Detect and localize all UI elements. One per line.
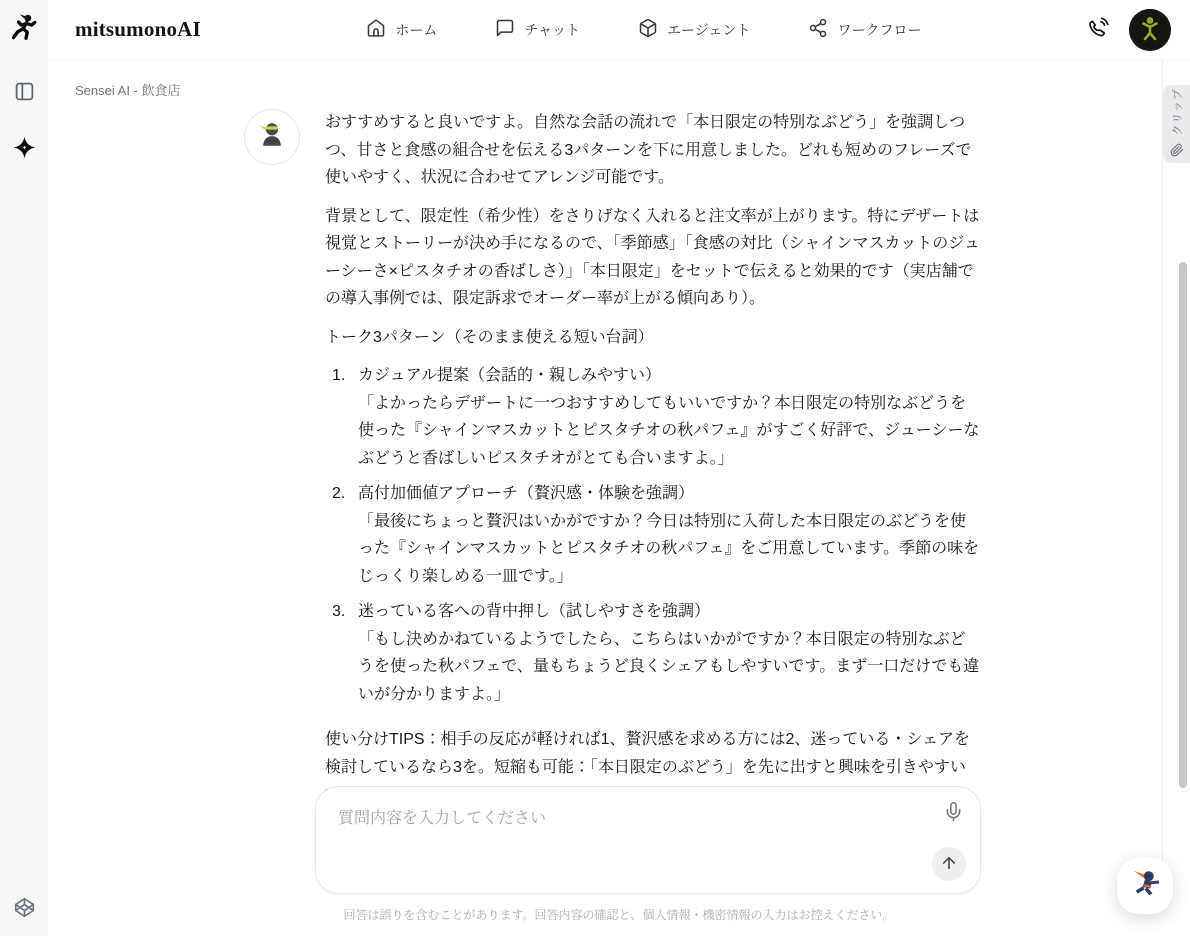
list-item-content: カジュアル提案（会話的・親しみやすい） 「よかったらデザートに一つおすすめしても…: [358, 362, 981, 472]
list-item-quote: 「もし決めかねているようでしたら、こちらはいかがですか？本日限定の特別なぶどうを…: [358, 626, 981, 709]
fab-ninja-icon: [1125, 865, 1165, 908]
workflow-icon: [808, 18, 828, 41]
arrow-up-icon: [940, 854, 958, 875]
list-item-number: 1.: [325, 362, 358, 472]
nav-label: チャット: [524, 20, 580, 40]
talk-patterns-list: 1. カジュアル提案（会話的・親しみやすい） 「よかったらデザートに一つおすすめ…: [325, 362, 981, 708]
brand-name: mitsumonoAI: [75, 17, 201, 42]
main-nav: ホーム チャット エージェント: [201, 18, 1087, 41]
panel-toggle-icon: [14, 81, 35, 105]
voice-call-button[interactable]: [1087, 17, 1109, 42]
brand-logo: [0, 0, 48, 60]
talk-patterns-title: トーク3パターン（そのまま使える短い台詞）: [325, 324, 981, 352]
agent-label: Sensei AI - 飲食店: [75, 80, 1190, 99]
ninja-logo-icon: [9, 13, 39, 48]
content-edge-divider: [1162, 60, 1163, 880]
nav-item-workflow[interactable]: ワークフロー: [808, 18, 921, 41]
nav-item-chat[interactable]: チャット: [495, 18, 580, 41]
scrollbar-thumb[interactable]: [1179, 262, 1187, 788]
nav-item-home[interactable]: ホーム: [366, 18, 437, 41]
ai-assistant-button[interactable]: [7, 132, 41, 166]
voice-input-button[interactable]: [943, 801, 964, 825]
chat-main: Sensei AI - 飲食店 おすすめすると良いですよ。自然な会話の流れで「本…: [48, 60, 1190, 936]
nav-label: ホーム: [395, 20, 437, 40]
assistant-message: おすすめすると良いですよ。自然な会話の流れで「本日限定の特別なぶどう」を強調しつ…: [244, 109, 1190, 820]
list-item: 1. カジュアル提案（会話的・親しみやすい） 「よかったらデザートに一つおすすめ…: [325, 362, 981, 472]
list-item-content: 迷っている客への背中押し（試しやすさを強調） 「もし決めかねているようでしたら、…: [358, 598, 981, 708]
nav-label: ワークフロー: [837, 20, 921, 40]
list-item-title: カジュアル提案（会話的・親しみやすい）: [358, 362, 981, 390]
list-item-number: 3.: [325, 598, 358, 708]
list-item-content: 高付加価値アプローチ（贅沢感・体験を強調） 「最後にちょっと贅沢はいかがですか？…: [358, 480, 981, 590]
sandbox-button[interactable]: [7, 892, 41, 926]
clip-tab-label: クリップ: [1169, 88, 1185, 136]
message-composer: [315, 786, 981, 894]
sparkle-icon: [12, 135, 37, 163]
nav-label: エージェント: [667, 20, 750, 40]
home-icon: [366, 18, 386, 41]
toggle-sidebar-button[interactable]: [7, 76, 41, 110]
app-window: mitsumonoAI ホーム チャット: [0, 0, 1190, 936]
ninja-avatar-icon: [1129, 9, 1171, 51]
ai-disclaimer: 回答は誤りを含むことがあります。回答内容の確認と、個人情報・機密情報の入力はお控…: [48, 906, 1190, 923]
chat-widget-button[interactable]: [1117, 858, 1173, 914]
chat-icon: [495, 18, 515, 41]
left-sidebar: [0, 0, 48, 936]
list-item-number: 2.: [325, 480, 358, 590]
nav-item-agent[interactable]: エージェント: [638, 18, 750, 41]
top-header: mitsumonoAI ホーム チャット: [48, 0, 1190, 60]
list-item: 3. 迷っている客への背中押し（試しやすさを強調） 「もし決めかねているようでし…: [325, 598, 981, 708]
cube-icon: [14, 897, 35, 921]
clip-panel-tab[interactable]: クリップ: [1163, 85, 1190, 163]
box-icon: [638, 18, 658, 41]
message-paragraph-2: 背景として、限定性（希少性）をさりげなく入れると注文率が上がります。特にデザート…: [325, 203, 981, 313]
assistant-message-body: おすすめすると良いですよ。自然な会話の流れで「本日限定の特別なぶどう」を強調しつ…: [325, 109, 981, 820]
message-paragraph-1: おすすめすると良いですよ。自然な会話の流れで「本日限定の特別なぶどう」を強調しつ…: [325, 109, 981, 192]
send-button[interactable]: [932, 847, 966, 881]
list-item: 2. 高付加価値アプローチ（贅沢感・体験を強調） 「最後にちょっと贅沢はいかがで…: [325, 480, 981, 590]
question-input[interactable]: [338, 805, 898, 875]
header-actions: [1087, 9, 1190, 51]
user-avatar[interactable]: [1129, 9, 1171, 51]
phone-call-icon: [1087, 17, 1109, 42]
list-item-title: 高付加価値アプローチ（贅沢感・体験を強調）: [358, 480, 981, 508]
sitting-ninja-icon: [255, 118, 289, 157]
paperclip-icon: [1170, 143, 1184, 160]
list-item-quote: 「よかったらデザートに一つおすすめしてもいいですか？本日限定の特別なぶどうを使っ…: [358, 390, 981, 473]
list-item-quote: 「最後にちょっと贅沢はいかがですか？今日は特別に入荷した本日限定のぶどうを使った…: [358, 508, 981, 591]
list-item-title: 迷っている客への背中押し（試しやすさを強調）: [358, 598, 981, 626]
assistant-avatar: [244, 109, 300, 165]
microphone-icon: [943, 810, 964, 825]
